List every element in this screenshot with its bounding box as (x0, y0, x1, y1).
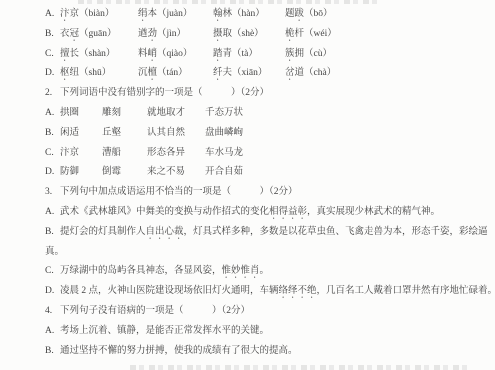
option-label: A. (45, 322, 60, 342)
question-3-header: 3.下列句中加点成语运用不恰当的一项是（ ）（2分） (45, 183, 495, 203)
question-1-option-c-row: C.擅长（shàn）料峭（qiào）踏青（tà）簇拥（cù） (45, 45, 495, 65)
word-pinyin-cell: 沉檀（tán） (138, 64, 213, 84)
option-label: D. (45, 282, 60, 302)
option-label: D. (45, 163, 60, 183)
chinese-exam-scan-page: A.汴京（biàn）绢本（juàn）翰林（hàn）题跋（bō） B.衣冠（guā… (0, 0, 495, 370)
word-cell: 防御 (60, 163, 102, 183)
word-pinyin-cell: 绢本（juàn） (138, 5, 213, 25)
option-label: B. (45, 342, 60, 362)
word-pinyin-cell: 摄取（shè） (213, 25, 285, 45)
option-sentence: 凌晨 2 点，火神山医院建设现场依旧灯火通明，车辆络绎不绝，几百名工人戴着口罩井… (60, 286, 495, 296)
question-3-stem: 下列句中加点成语运用不恰当的一项是（ ）（2分） (60, 187, 298, 197)
word-cell: 汴京 (60, 144, 102, 164)
option-label: D. (45, 64, 60, 84)
word-pinyin-cell: 衣冠（guān） (60, 25, 138, 45)
word-cell: 认其自然 (147, 124, 205, 144)
option-sentence: 万绿湖中的岛屿各具神态，各显风姿，惟妙惟肖。 (60, 266, 269, 276)
question-3-option-b-line-2: 真。 (45, 243, 495, 263)
option-label: C. (45, 262, 60, 282)
option-sentence: 通过坚持不懈的努力拼搏，使我的成绩有了很大的提高。 (60, 346, 298, 356)
question-3-option-a: A.武术《武林雄风》中舞美的变换与动作招式的变化相得益彰，真实展现少林武术的精气… (45, 203, 495, 223)
word-cell: 丘壑 (102, 124, 147, 144)
word-cell: 千态万状 (205, 104, 243, 124)
word-pinyin-cell: 桅杆（wéi） (285, 25, 337, 45)
question-3-option-b-line-1: B.提灯会的灯具制作人自出心裁，灯具式样多种，多数是以花草虫鱼、飞禽走兽为本，形… (45, 223, 495, 243)
option-sentence: 提灯会的灯具制作人自出心裁，灯具式样多种，多数是以花草虫鱼、飞禽走兽为本，形态千… (60, 227, 488, 237)
question-2-option-c-row: C.汴京漕船形态各异车水马龙 (45, 144, 495, 164)
word-cell: 就地取才 (147, 104, 205, 124)
question-1-option-b-row: B.衣冠（guān）遒劲（jìn）摄取（shè）桅杆（wéi） (45, 25, 495, 45)
question-4-stem: 下列句子没有语病的一项是（ ）（2分） (60, 306, 250, 316)
option-label: A. (45, 104, 60, 124)
question-2-option-d-row: D.防御倒霉来之不易开合自茹 (45, 163, 495, 183)
question-number: 4. (45, 302, 60, 322)
word-pinyin-cell: 纤夫（xiān） (213, 64, 285, 84)
word-pinyin-cell: 题跋（bō） (285, 5, 333, 25)
question-4-header: 4.下列句子没有语病的一项是（ ）（2分） (45, 302, 495, 322)
word-pinyin-cell: 汴京（biàn） (60, 5, 138, 25)
exam-content: A.汴京（biàn）绢本（juàn）翰林（hàn）题跋（bō） B.衣冠（guā… (0, 0, 495, 361)
question-2-option-b-row: B.闲适丘壑认其自然盘曲嶙峋 (45, 124, 495, 144)
option-sentence-continuation: 真。 (45, 247, 64, 257)
cropped-text-remnant-bottom (130, 365, 470, 370)
question-2-stem: 下列词语中没有错别字的一项是（ ）（2分） (60, 88, 269, 98)
question-1-option-a-row: A.汴京（biàn）绢本（juàn）翰林（hàn）题跋（bō） (45, 5, 495, 25)
word-pinyin-cell: 簇拥（cù） (285, 45, 332, 65)
word-cell: 倒霉 (102, 163, 147, 183)
option-label: B. (45, 124, 60, 144)
word-pinyin-cell: 翰林（hàn） (213, 5, 285, 25)
word-pinyin-cell: 遒劲（jìn） (138, 25, 213, 45)
option-sentence: 考场上沉着、镇静，是能否正常发挥水平的关键。 (60, 326, 269, 336)
word-pinyin-cell: 枢纽（shū） (60, 64, 138, 84)
question-1-option-d-row: D.枢纽（shū）沉檀（tán）纤夫（xiān）岔道（chà） (45, 64, 495, 84)
question-3-option-c: C.万绿湖中的岛屿各具神态，各显风姿，惟妙惟肖。 (45, 262, 495, 282)
option-label: B. (45, 223, 60, 243)
word-cell: 漕船 (102, 144, 147, 164)
word-cell: 雕刻 (102, 104, 147, 124)
word-cell: 闲适 (60, 124, 102, 144)
word-cell: 拱圈 (60, 104, 102, 124)
word-cell: 来之不易 (147, 163, 205, 183)
option-label: A. (45, 5, 60, 25)
cropped-text-remnant-top (78, 0, 378, 4)
question-2-option-a-row: A.拱圈雕刻就地取才千态万状 (45, 104, 495, 124)
question-2-header: 2.下列词语中没有错别字的一项是（ ）（2分） (45, 84, 495, 104)
word-cell: 车水马龙 (205, 144, 243, 164)
word-pinyin-cell: 料峭（qiào） (138, 45, 213, 65)
option-sentence: 武术《武林雄风》中舞美的变换与动作招式的变化相得益彰，真实展现少林武术的精气神。 (60, 207, 440, 217)
word-pinyin-cell: 岔道（chà） (285, 64, 336, 84)
question-3-option-d: D.凌晨 2 点，火神山医院建设现场依旧灯火通明，车辆络绎不绝，几百名工人戴着口… (45, 282, 495, 302)
word-cell: 开合自茹 (205, 163, 243, 183)
option-label: C. (45, 45, 60, 65)
question-number: 2. (45, 84, 60, 104)
word-pinyin-cell: 踏青（tà） (213, 45, 285, 65)
option-label: B. (45, 25, 60, 45)
word-cell: 盘曲嶙峋 (205, 124, 243, 144)
question-4-option-a: A.考场上沉着、镇静，是能否正常发挥水平的关键。 (45, 322, 495, 342)
option-label: C. (45, 144, 60, 164)
question-number: 3. (45, 183, 60, 203)
question-4-option-b: B.通过坚持不懈的努力拼搏，使我的成绩有了很大的提高。 (45, 342, 495, 362)
word-pinyin-cell: 擅长（shàn） (60, 45, 138, 65)
option-label: A. (45, 203, 60, 223)
word-cell: 形态各异 (147, 144, 205, 164)
